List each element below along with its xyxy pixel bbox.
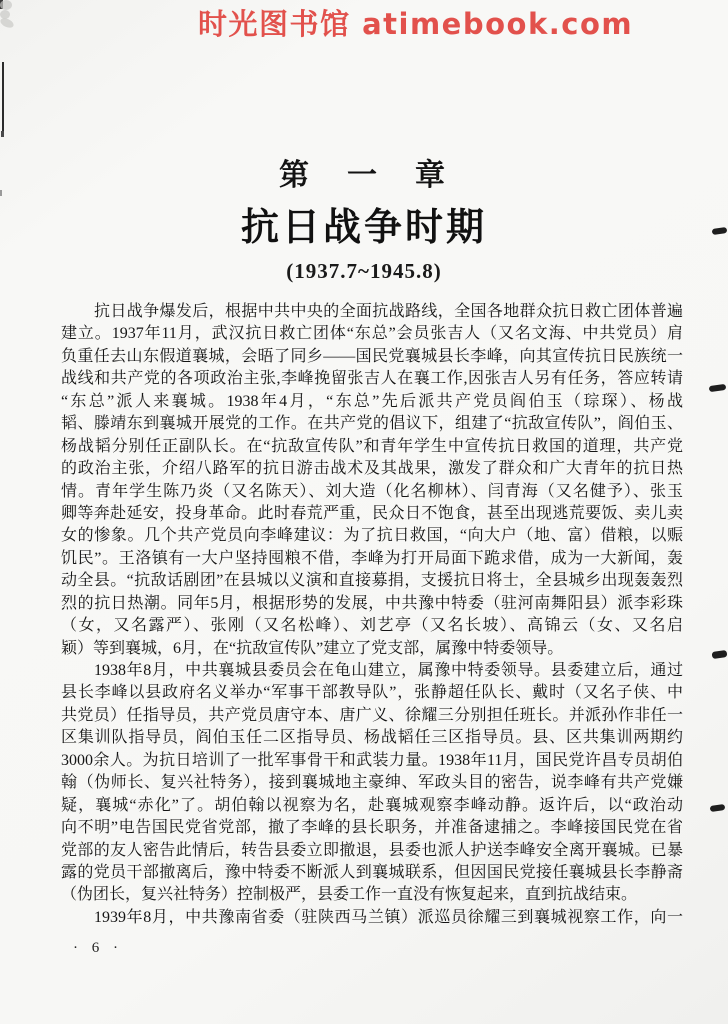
text-line: 抗日战争爆发后，根据中共中央的全面抗战路线，全国各地群众抗日救亡团体普遍 [61, 301, 683, 323]
text-line: 负重任去山东假道襄城，会晤了同乡——国民党襄城县长李峰，向其宣传抗日民族统一 [61, 346, 683, 368]
text-line: 3000余人。为抗日培训了一批军事骨干和武装力量。1938年11月，国民党许昌专… [61, 750, 683, 772]
text-line: 卿等奔赴延安，投身革命。此时春荒严重，民众日不饱食，甚至出现逃荒要饭、卖儿卖 [61, 503, 683, 525]
scan-artifact-right-dash-3 [712, 650, 728, 659]
scan-artifact-left-tick [1, 131, 4, 137]
text-line: 杨战韬分别任正副队长。在“抗敌宣传队”和青年学生中宣传抗日救国的道理，共产党 [61, 436, 683, 458]
text-line: 1938年8月，中共襄城县委员会在龟山建立，属豫中特委领导。县委建立后，通过 [61, 660, 683, 682]
scan-artifact-right-dash-2 [709, 384, 727, 392]
text-line: “东总”派人来襄城。1938年4月，“东总”先后派共产党员阎伯玉（琮琛）、杨战 [61, 391, 683, 413]
text-line: 韬、滕靖东到襄城开展党的工作。在共产党的倡议下，组建了“抗敌宣传队”，阎伯玉、 [61, 413, 683, 435]
scan-smudge-1 [0, 0, 12, 10]
text-line: 区集训队指导员，阎伯玉任二区指导员、杨战韬任三区指导员。县、区共集训两期约 [61, 727, 683, 749]
watermark-text: 时光图书馆 atimebook.com [198, 2, 633, 43]
text-line: 的政治主张，介绍八路军的抗日游击战术及其战果，激发了群众和广大青年的抗日热 [61, 458, 683, 480]
chapter-title-heading: 抗日战争时期 [0, 196, 728, 251]
scanned-book-page: 时光图书馆 atimebook.com 第 一 章 抗日战争时期 (1937.7… [0, 0, 728, 1024]
text-line: 情。青年学生陈乃炎（又名陈天）、刘大造（化名柳林）、闫青海（又名健予）、张玉 [61, 481, 683, 503]
text-line: 县长李峰以县政府名义举办“军事干部教导队”，张静超任队长、戴时（又名子侠、中 [61, 682, 683, 704]
text-line: 战线和共产党的各项政治主张,李峰挽留张吉人在襄工作,因张吉人另有任务，答应转请 [61, 368, 683, 390]
text-line: 向不明”电告国民党省党部，撤了李峰的县长职务，并准备逮捕之。李峰接国民党在省 [61, 817, 683, 839]
scan-artifact-left-line [2, 62, 4, 134]
scan-smudge-3 [0, 16, 15, 29]
text-line: 露的党员干部撤离后，豫中特委不断派人到襄城联系，但因国民党接任襄城县长李静斋 [61, 862, 683, 884]
text-line: 烈的抗日热潮。同年5月，根据形势的发展，中共豫中特委（驻河南舞阳县）派李彩珠 [61, 593, 683, 615]
chapter-date-range: (1937.7~1945.8) [0, 259, 728, 284]
body-text: 抗日战争爆发后，根据中共中央的全面抗战路线，全国各地群众抗日救亡团体普遍建立。1… [61, 301, 683, 929]
scan-artifact-left-tick-2 [0, 190, 2, 196]
chapter-number-heading: 第 一 章 [0, 150, 728, 194]
text-line: 饥民”。王洛镇有一大户坚持囤粮不借，李峰为打开局面下跪求借，成为一大新闻，轰 [61, 548, 683, 570]
text-line: 党部的友人密告此情后，转告县委立即撤退，县委也派人护送李峰安全离开襄城。已暴 [61, 840, 683, 862]
text-line: 女的惨象。几个共产党员向李峰建议：为了抗日救国，“向大户（地、富）借粮，以赈 [61, 525, 683, 547]
text-line: 疑，襄城“赤化”了。胡伯翰以视察为名，赴襄城观察李峰动静。返许后，以“政治动 [61, 795, 683, 817]
text-line: 颖）等到襄城，6月，在“抗敌宣传队”建立了党支部，属豫中特委领导。 [61, 638, 683, 660]
text-line: 1939年8月，中共豫南省委（驻陕西马兰镇）派巡员徐耀三到襄城视察工作，向一 [61, 907, 683, 929]
scan-artifact-right-dash-4 [710, 804, 726, 812]
text-line: 翰（伪师长、复兴社特务），接到襄城地主豪绅、军政头目的密告，说李峰有共产党嫌 [61, 772, 683, 794]
text-line: 共党员）任指导员，共产党员唐守本、唐广义、徐耀三分别担任班长。并派孙作非任一 [61, 705, 683, 727]
text-line: 建立。1937年11月，武汉抗日救亡团体“东总”会员张吉人（又名文海、中共党员）… [61, 323, 683, 345]
text-line: 动全县。“抗敌话剧团”在县城以义演和直接募捐，支援抗日将士，全县城乡出现轰轰烈 [61, 570, 683, 592]
text-line: （伪团长，复兴社特务）控制极严，县委工作一直没有恢复起来，直到抗战结束。 [61, 884, 683, 906]
text-line: （女，又名露严）、张刚（又名松峰）、刘艺亭（又名长坡）、高锦云（女、又名启 [61, 615, 683, 637]
page-number: · 6 · [73, 940, 123, 957]
